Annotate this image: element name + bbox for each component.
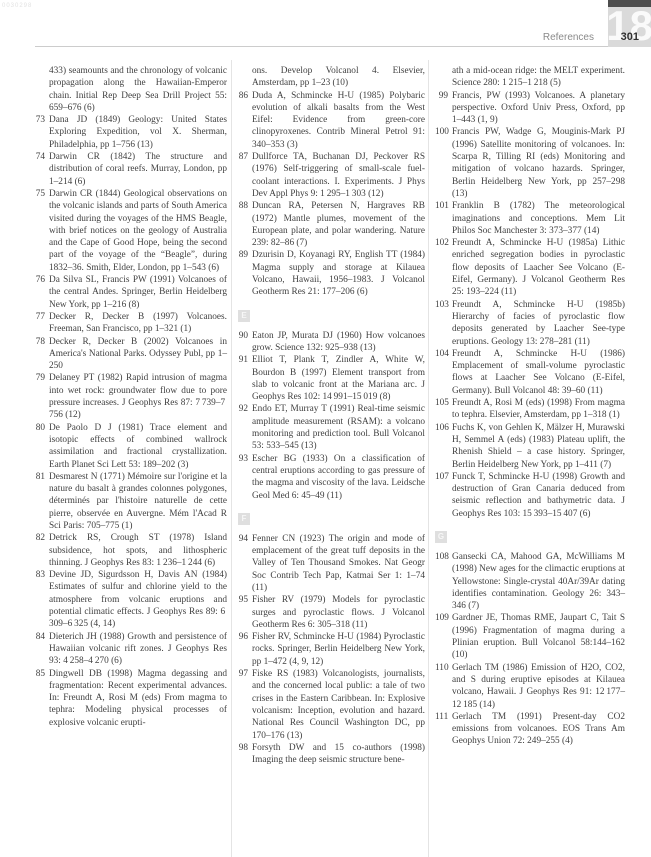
reference-number: 106 [435, 422, 448, 434]
reference-entry: 103Freundt A, Schmincke H-U (1985b) Hier… [435, 299, 625, 348]
reference-entry: 74Darwin CR (1842) The structure and dis… [35, 151, 227, 188]
reference-entry: 97Fiske RS (1983) Volcanologists, journa… [238, 668, 425, 742]
reference-number: 92 [238, 403, 248, 415]
reference-column-2: ons. Develop Volcanol 4. Elsevier, Amste… [231, 60, 428, 857]
reference-number: 97 [238, 668, 248, 680]
reference-number: 74 [35, 151, 45, 163]
reference-number: 105 [435, 397, 448, 409]
reference-entry: 110Gerlach TM (1986) Emission of H2O, CO… [435, 662, 625, 711]
section-letter-marker: F [238, 513, 250, 525]
header-rule [35, 46, 608, 47]
reference-entry: 105Freundt A, Rosi M (eds) (1998) From m… [435, 397, 625, 422]
reference-columns: 433) seamounts and the chronology of vol… [35, 60, 651, 857]
chapter-tab-dark-bar [608, 0, 651, 7]
reference-number: 83 [35, 569, 45, 581]
reference-number: 93 [238, 453, 248, 465]
reference-entry: 77Decker R, Decker B (1997) Volcanoes. F… [35, 311, 227, 336]
reference-entry: 107Funck T, Schmincke H-U (1998) Growth … [435, 471, 625, 520]
reference-number: 100 [435, 126, 448, 138]
reference-continuation: ons. Develop Volcanol 4. Elsevier, Amste… [238, 65, 425, 90]
reference-entry: 102Freundt A, Schmincke H-U (1985a) Lith… [435, 237, 625, 298]
reference-entry: 76Da Silva SL, Francis PW (1991) Volcano… [35, 274, 227, 311]
reference-entry: 99Francis, PW (1993) Volcanoes. A planet… [435, 90, 625, 127]
reference-number: 85 [35, 668, 45, 680]
reference-entry: 92Endo ET, Murray T (1991) Real-time sei… [238, 403, 425, 452]
reference-number: 87 [238, 151, 248, 163]
reference-number: 98 [238, 742, 248, 754]
reference-number: 111 [435, 711, 448, 723]
section-letter-marker: G [435, 531, 447, 543]
reference-number: 109 [435, 612, 448, 624]
reference-number: 86 [238, 90, 248, 102]
reference-entry: 73Dana JD (1849) Geology: United States … [35, 114, 227, 151]
reference-entry: 91Elliot T, Plank T, Zindler A, White W,… [238, 354, 425, 403]
reference-number: 103 [435, 299, 448, 311]
reference-number: 101 [435, 200, 448, 212]
section-letter: G [438, 532, 444, 541]
reference-number: 79 [35, 372, 45, 384]
section-letter: E [241, 311, 246, 320]
reference-entry: 75Darwin CR (1844) Geological observatio… [35, 188, 227, 274]
reference-number: 88 [238, 200, 248, 212]
reference-continuation: 433) seamounts and the chronology of vol… [35, 65, 227, 114]
reference-entry: 83Devine JD, Sigurdsson H, Davis AN (198… [35, 569, 227, 630]
reference-number: 80 [35, 422, 45, 434]
reference-number: 90 [238, 330, 248, 342]
reference-number: 110 [435, 662, 448, 674]
reference-column-1: 433) seamounts and the chronology of vol… [35, 60, 231, 857]
reference-entry: 82Detrick RS, Crough ST (1978) Island su… [35, 532, 227, 569]
reference-entry: 90Eaton JP, Murata DJ (1960) How volcano… [238, 330, 425, 355]
reference-number: 94 [238, 533, 248, 545]
reference-entry: 86Duda A, Schmincke H-U (1985) Polybaric… [238, 90, 425, 151]
reference-entry: 78Decker R, Decker B (2002) Volcanoes in… [35, 336, 227, 373]
reference-entry: 94Fenner CN (1923) The origin and mode o… [238, 533, 425, 594]
reference-number: 96 [238, 631, 248, 643]
reference-number: 95 [238, 594, 248, 606]
section-letter: F [242, 514, 247, 523]
reference-number: 77 [35, 311, 45, 323]
reference-entry: 81Desmarest N (1771) Mémoire sur l'origi… [35, 471, 227, 532]
book-page: 0030298 18 References 301 433) seamounts… [0, 0, 651, 857]
reference-entry: 84Dieterich JH (1988) Growth and persist… [35, 631, 227, 668]
reference-column-3: ath a mid-ocean ridge: the MELT experime… [428, 60, 651, 857]
reference-entry: 100Francis PW, Wadge G, Mouginis-Mark PJ… [435, 126, 625, 200]
reference-number: 91 [238, 354, 248, 366]
reference-number: 73 [35, 114, 45, 126]
reference-number: 81 [35, 471, 45, 483]
reference-entry: 89Dzurisin D, Koyanagi RY, English TT (1… [238, 249, 425, 298]
reference-number: 78 [35, 336, 45, 348]
reference-entry: 98Forsyth DW and 15 co-authors (1998) Im… [238, 742, 425, 767]
reference-entry: 96Fisher RV, Schmincke H-U (1984) Pyrocl… [238, 631, 425, 668]
reference-number: 82 [35, 532, 45, 544]
reference-number: 99 [435, 90, 448, 102]
reference-number: 89 [238, 249, 248, 261]
reference-entry: 104Freundt A, Schmincke H-U (1986) Empla… [435, 348, 625, 397]
reference-number: 107 [435, 471, 448, 483]
section-letter-marker: E [238, 310, 250, 322]
reference-entry: 79Delaney PT (1982) Rapid intrusion of m… [35, 372, 227, 421]
reference-entry: 95Fisher RV (1979) Models for pyroclasti… [238, 594, 425, 631]
reference-number: 75 [35, 188, 45, 200]
reference-entry: 111Gerlach TM (1991) Present-day CO2 emi… [435, 711, 625, 748]
running-head-title: References [543, 32, 594, 43]
reference-entry: 101Franklin B (1782) The meteorological … [435, 200, 625, 237]
reference-number: 84 [35, 631, 45, 643]
reference-entry: 87Dullforce TA, Buchanan DJ, Peckover RS… [238, 151, 425, 200]
page-header: 0030298 18 References 301 [0, 0, 651, 48]
reference-number: 104 [435, 348, 448, 360]
watermark-text: 0030298 [2, 3, 32, 9]
reference-continuation: ath a mid-ocean ridge: the MELT experime… [435, 65, 625, 90]
reference-entry: 88Duncan RA, Petersen N, Hargraves RB (1… [238, 200, 425, 249]
reference-number: 76 [35, 274, 45, 286]
page-number: 301 [621, 31, 639, 43]
reference-entry: 85Dingwell DB (1998) Magma degassing and… [35, 668, 227, 729]
reference-entry: 108Gansecki CA, Mahood GA, McWilliams M … [435, 551, 625, 612]
reference-entry: 93Escher BG (1933) On a classification o… [238, 453, 425, 502]
reference-number: 102 [435, 237, 448, 249]
reference-entry: 106Fuchs K, von Gehlen K, Mälzer H, Mura… [435, 422, 625, 471]
reference-number: 108 [435, 551, 448, 563]
reference-entry: 109Gardner JE, Thomas RME, Jaupart C, Ta… [435, 612, 625, 661]
reference-entry: 80De Paolo D J (1981) Trace element and … [35, 422, 227, 471]
